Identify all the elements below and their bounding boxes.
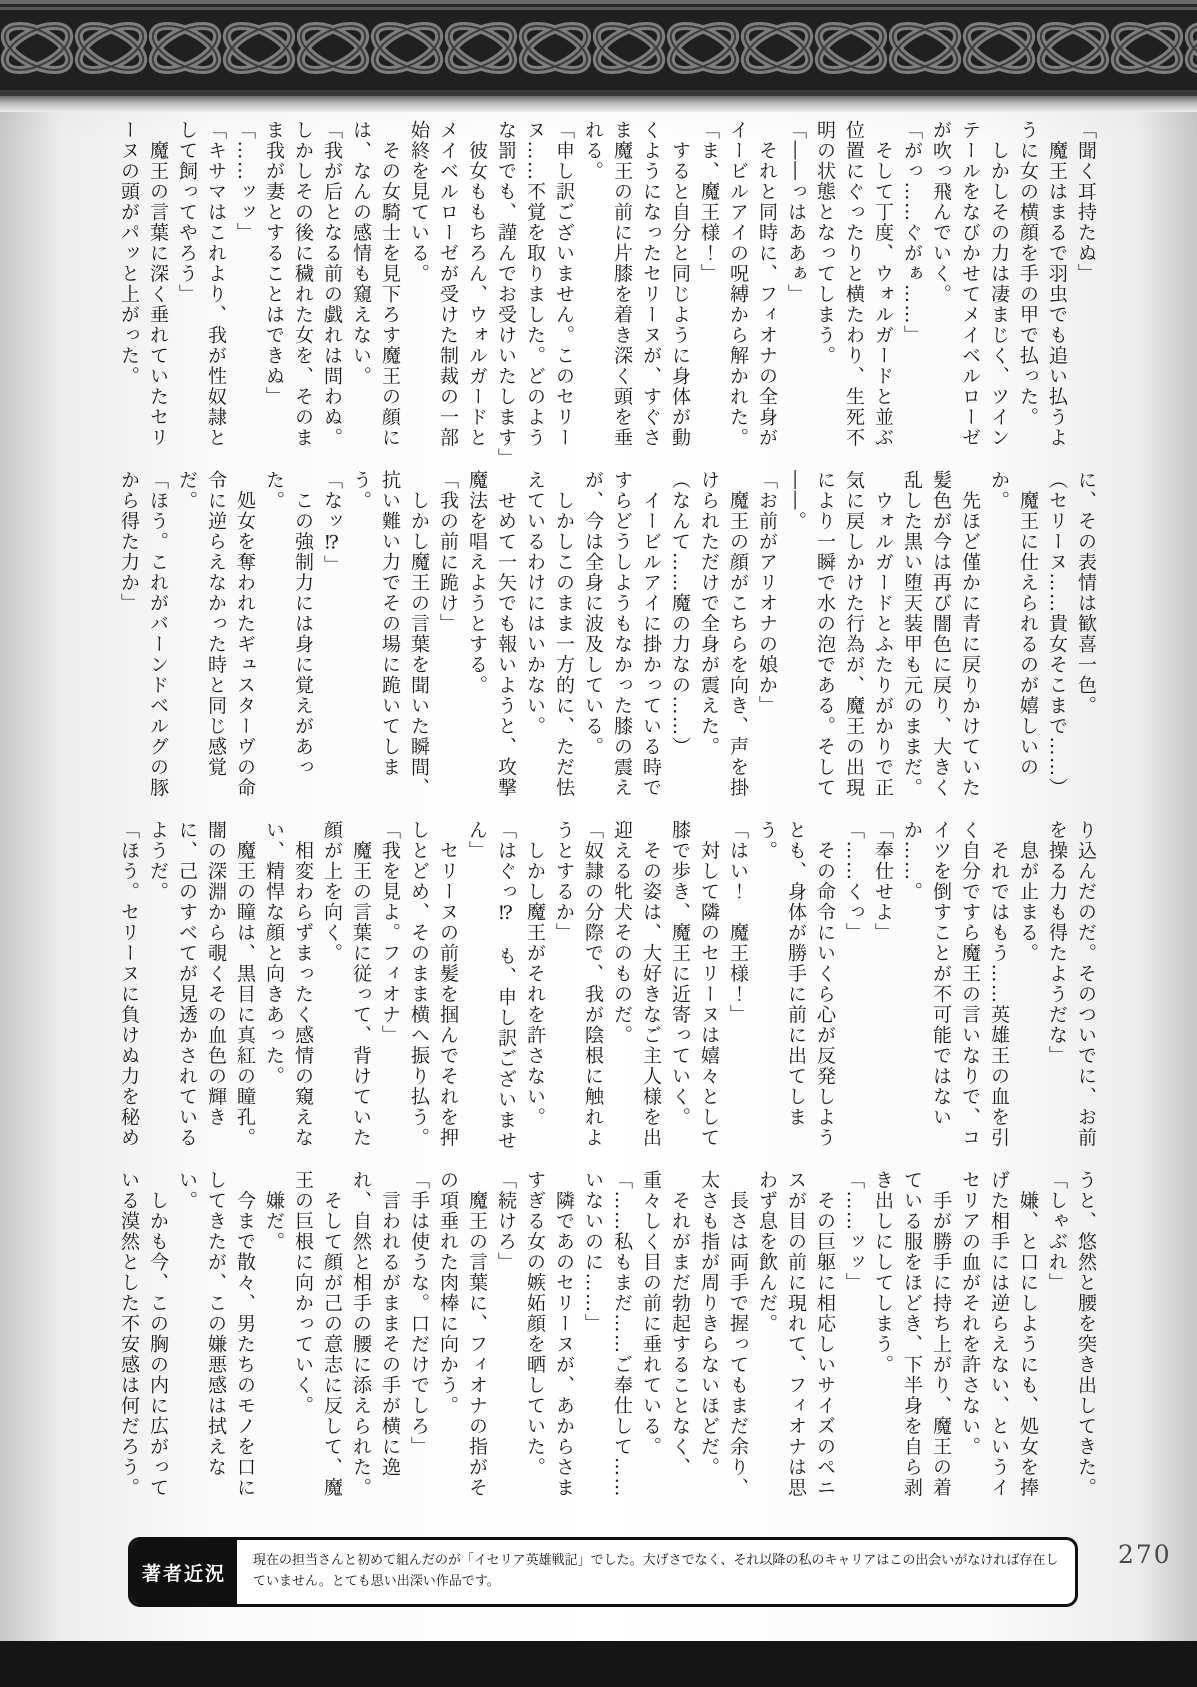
page-number: 270 — [1118, 1540, 1172, 1569]
paragraph: その姿は、大好きなご主人様を出迎える牝犬そのものだ。 — [607, 820, 665, 1164]
paragraph: 「我が后となる前の戯れは問わぬ。しかしその後に穢れた女を、そのまま我が妻とするこ… — [259, 120, 346, 464]
paragraph: 手が勝手に持ち上がり、魔王の着ている服をほどき、下半身を自ら剥き出しにしてしまう… — [868, 1170, 955, 1514]
paragraph: （なんて……魔の力なの……） — [665, 470, 694, 814]
paragraph: それがまだ勃起することなく、重々しく目の前に垂れている。 — [636, 1170, 694, 1514]
paragraph: 魔王はまるで羽虫でも追い払うように女の横顔を手の甲で払った。 — [1013, 120, 1071, 464]
paragraph: 「ほう。セリーヌに負けぬ力を秘めているな。ふふ。面白い。お前こそ、我が后に相応し… — [118, 820, 143, 1164]
paragraph: 「……ッッ」 — [839, 1170, 868, 1514]
paragraph: しかしその力は凄まじく、ツインテールをなびかせてメイベルローゼが吹っ飛んでいく。 — [926, 120, 1013, 464]
paragraph: 魔王の顔がこちらを向き、声を掛けられただけで全身が震えた。 — [694, 470, 752, 814]
paragraph: その巨躯に相応しいサイズのペニスが目の前に現れて、フィオナは思わず息を飲んだ。 — [752, 1170, 839, 1514]
paragraph: しかも今、この胸の内に広がっている漠然とした不安感は何だろう。 — [118, 1170, 172, 1514]
paragraph: 「奴隷の分際で、我が陰根に触れようとするか」 — [549, 820, 607, 1164]
paragraph: 嫌だ。 — [259, 1170, 288, 1514]
paragraph: うと、悠然と腰を突き出してきた。 — [1071, 1170, 1100, 1514]
paragraph: 「はぐっ⁉ も、申し訳ございません」 — [462, 820, 520, 1164]
paragraph: に、その表情は歓喜一色。 — [1071, 470, 1100, 814]
bottom-black-bar — [0, 1641, 1197, 1687]
paragraph: それと同時に、フィオナの全身がイービルアイの呪縛から解かれた。 — [723, 120, 781, 464]
paragraph: せめて一矢でも報いようと、攻撃魔法を唱えようとする。 — [462, 470, 520, 814]
paragraph: 「我を見よ。フィオナ」 — [375, 820, 404, 1164]
paragraph: その命令にいくら心が反発しようとも、身体が勝手に前に出てしまう。 — [752, 820, 839, 1164]
paragraph: しかし魔王の言葉を聞いた瞬間、抗い難い力でその場に跪いてしまう。 — [346, 470, 433, 814]
paragraph: 言われるがままその手が横に逸れ、自然と相手の腰に添えられた。 — [346, 1170, 404, 1514]
paragraph: 「我の前に跪け」 — [433, 470, 462, 814]
author-note-text: 現在の担当さんと初めて組んだのが「イセリア英雄戦記」でした。大げさでなく、それ以… — [237, 1540, 1075, 1604]
text-row-4: うと、悠然と腰を突き出してきた。「しゃぶれ」 嫌、と口にしようにも、処女を捧げた… — [118, 1170, 1100, 1514]
paragraph: 今まで散々、男たちのモノを口にしてきたが、この嫌悪感は拭えない。 — [172, 1170, 259, 1514]
text-row-1: 「聞く耳持たぬ」 魔王はまるで羽虫でも追い払うように女の横顔を手の甲で払った。 … — [118, 120, 1100, 464]
paragraph: 「しゃぶれ」 — [1042, 1170, 1071, 1514]
paragraph: 「ま、魔王様！」 — [694, 120, 723, 464]
paragraph: それではもう……英雄王の血を引く自分ですら魔王の言いなりで、コイツを倒すことが不… — [897, 820, 1013, 1164]
paragraph: 息が止まる。 — [1013, 820, 1042, 1164]
paragraph: 「続けろ」 — [491, 1170, 520, 1514]
paragraph: その女騎士を見下ろす魔王の顔には、なんの感情も窺えない。 — [346, 120, 404, 464]
paragraph: 「ほう。これがバーンドベルグの豚から得た力か」 — [118, 470, 172, 814]
paragraph: 魔王の瞳は、黒目に真紅の瞳孔。闇の深淵から覗くその血色の輝きに、己のすべてが見透… — [143, 820, 259, 1164]
knot-pattern-svg — [0, 0, 1197, 96]
paragraph: 「がっ……ぐがぁ……」 — [897, 120, 926, 464]
paragraph: 「――っはああぁ」 — [781, 120, 810, 464]
paragraph: この強制力には身に覚えがあった。 — [259, 470, 317, 814]
paragraph: イービルアイに掛かっている時ですらどうしようもなかった膝の震えが、今は全身に波及… — [578, 470, 665, 814]
paragraph: り込んだのだ。そのついでに、お前を操る力も得たようだな」 — [1042, 820, 1100, 1164]
paragraph: 処女を奪われたギュスターヴの命令に逆らえなかった時と同じ感覚だ。 — [172, 470, 259, 814]
paragraph: しかしこのまま一方的に、ただ怯えているわけにはいかない。 — [520, 470, 578, 814]
paragraph: 長さは両手で握ってもまだ余り、太さも指が周りきらないほどだ。 — [694, 1170, 752, 1514]
border-bevel — [0, 96, 1197, 112]
paragraph: 「はい！ 魔王様！」 — [723, 820, 752, 1164]
paragraph: 「聞く耳持たぬ」 — [1071, 120, 1100, 464]
celtic-knot-border — [0, 0, 1197, 96]
paragraph: 「……ッッ」 — [230, 120, 259, 464]
novel-text-area: 「聞く耳持たぬ」 魔王はまるで羽虫でも追い払うように女の横顔を手の甲で払った。 … — [118, 120, 1100, 1520]
paragraph: 嫌、と口にしようにも、処女を捧げた相手には逆らえない、というイセリアの血がそれを… — [955, 1170, 1042, 1514]
paragraph: 対して隣のセリーヌは嬉々として膝で歩き、魔王に近寄っていく。 — [665, 820, 723, 1164]
paragraph: ウォルガードとふたりがかりで正気に戻しかけた行為が、魔王の出現により一瞬で水の泡… — [781, 470, 897, 814]
author-note-bar: 著者近況 現在の担当さんと初めて組んだのが「イセリア英雄戦記」でした。大げさでな… — [128, 1537, 1078, 1607]
paragraph: 魔王の言葉に、フィオナの指がその項垂れた肉棒に向かう。 — [433, 1170, 491, 1514]
paragraph: 魔王に仕えられるのが嬉しいのか。 — [984, 470, 1042, 814]
paragraph: 「申し訳ございません。このセリーヌ……不覚を取りました。どのような罰でも、謹んで… — [491, 120, 578, 464]
paragraph: 魔王の言葉に深く垂れていたセリーヌの頭がパッと上がった。 — [118, 120, 172, 464]
paragraph: 魔王の言葉に従って、背けていた顔が上を向く。 — [317, 820, 375, 1164]
paragraph: 相変わらずまったく感情の窺えない、精悍な顔と向きあった。 — [259, 820, 317, 1164]
author-note-label: 著者近況 — [131, 1540, 237, 1604]
paragraph: しかし魔王がそれを許さない。 — [520, 820, 549, 1164]
paragraph: 「キサマはこれより、我が性奴隷として飼ってやろう」 — [172, 120, 230, 464]
paragraph: 「奉仕せよ」 — [868, 820, 897, 1164]
paragraph: 隣であのセリーヌが、あからさますぎる女の嫉妬顔を晒していた。 — [520, 1170, 578, 1514]
paragraph: そして顔が己の意志に反して、魔王の巨根に向かっていく。 — [288, 1170, 346, 1514]
paragraph: セリーヌの前髪を掴んでそれを押しとどめ、そのまま横へ振り払う。 — [404, 820, 462, 1164]
paragraph: 「……くっ」 — [839, 820, 868, 1164]
paragraph: 彼女ももちろん、ウォルガードとメイベルローゼが受けた制裁の一部始終を見ている。 — [404, 120, 491, 464]
paragraph: 「手は使うな。口だけでしろ」 — [404, 1170, 433, 1514]
paragraph: そして丁度、ウォルガードと並ぶ位置にぐったりと横たわり、生死不明の状態となってし… — [810, 120, 897, 464]
paragraph: 先ほど僅かに青に戻りかけていた髪色が今は再び闇色に戻り、大きく乱した黒い堕天装甲… — [897, 470, 984, 814]
text-row-2: に、その表情は歓喜一色。（セリーヌ……貴女そこまで……） 魔王に仕えられるのが嬉… — [118, 470, 1100, 814]
paragraph: 「お前がアリオナの娘か」 — [752, 470, 781, 814]
paragraph: 「……私もまだ……ご奉仕して……いないのに……」 — [578, 1170, 636, 1514]
paragraph: 「なッ⁉」 — [317, 470, 346, 814]
paragraph: すると自分と同じように身体が動くようになったセリーヌが、すぐさま魔王の前に片膝を… — [578, 120, 694, 464]
paragraph: （セリーヌ……貴女そこまで……） — [1042, 470, 1071, 814]
book-page: { "page": { "number": "270", "rows": [ [… — [0, 0, 1197, 1687]
text-row-3: り込んだのだ。そのついでに、お前を操る力も得たようだな」 息が止まる。 それでは… — [118, 820, 1100, 1164]
